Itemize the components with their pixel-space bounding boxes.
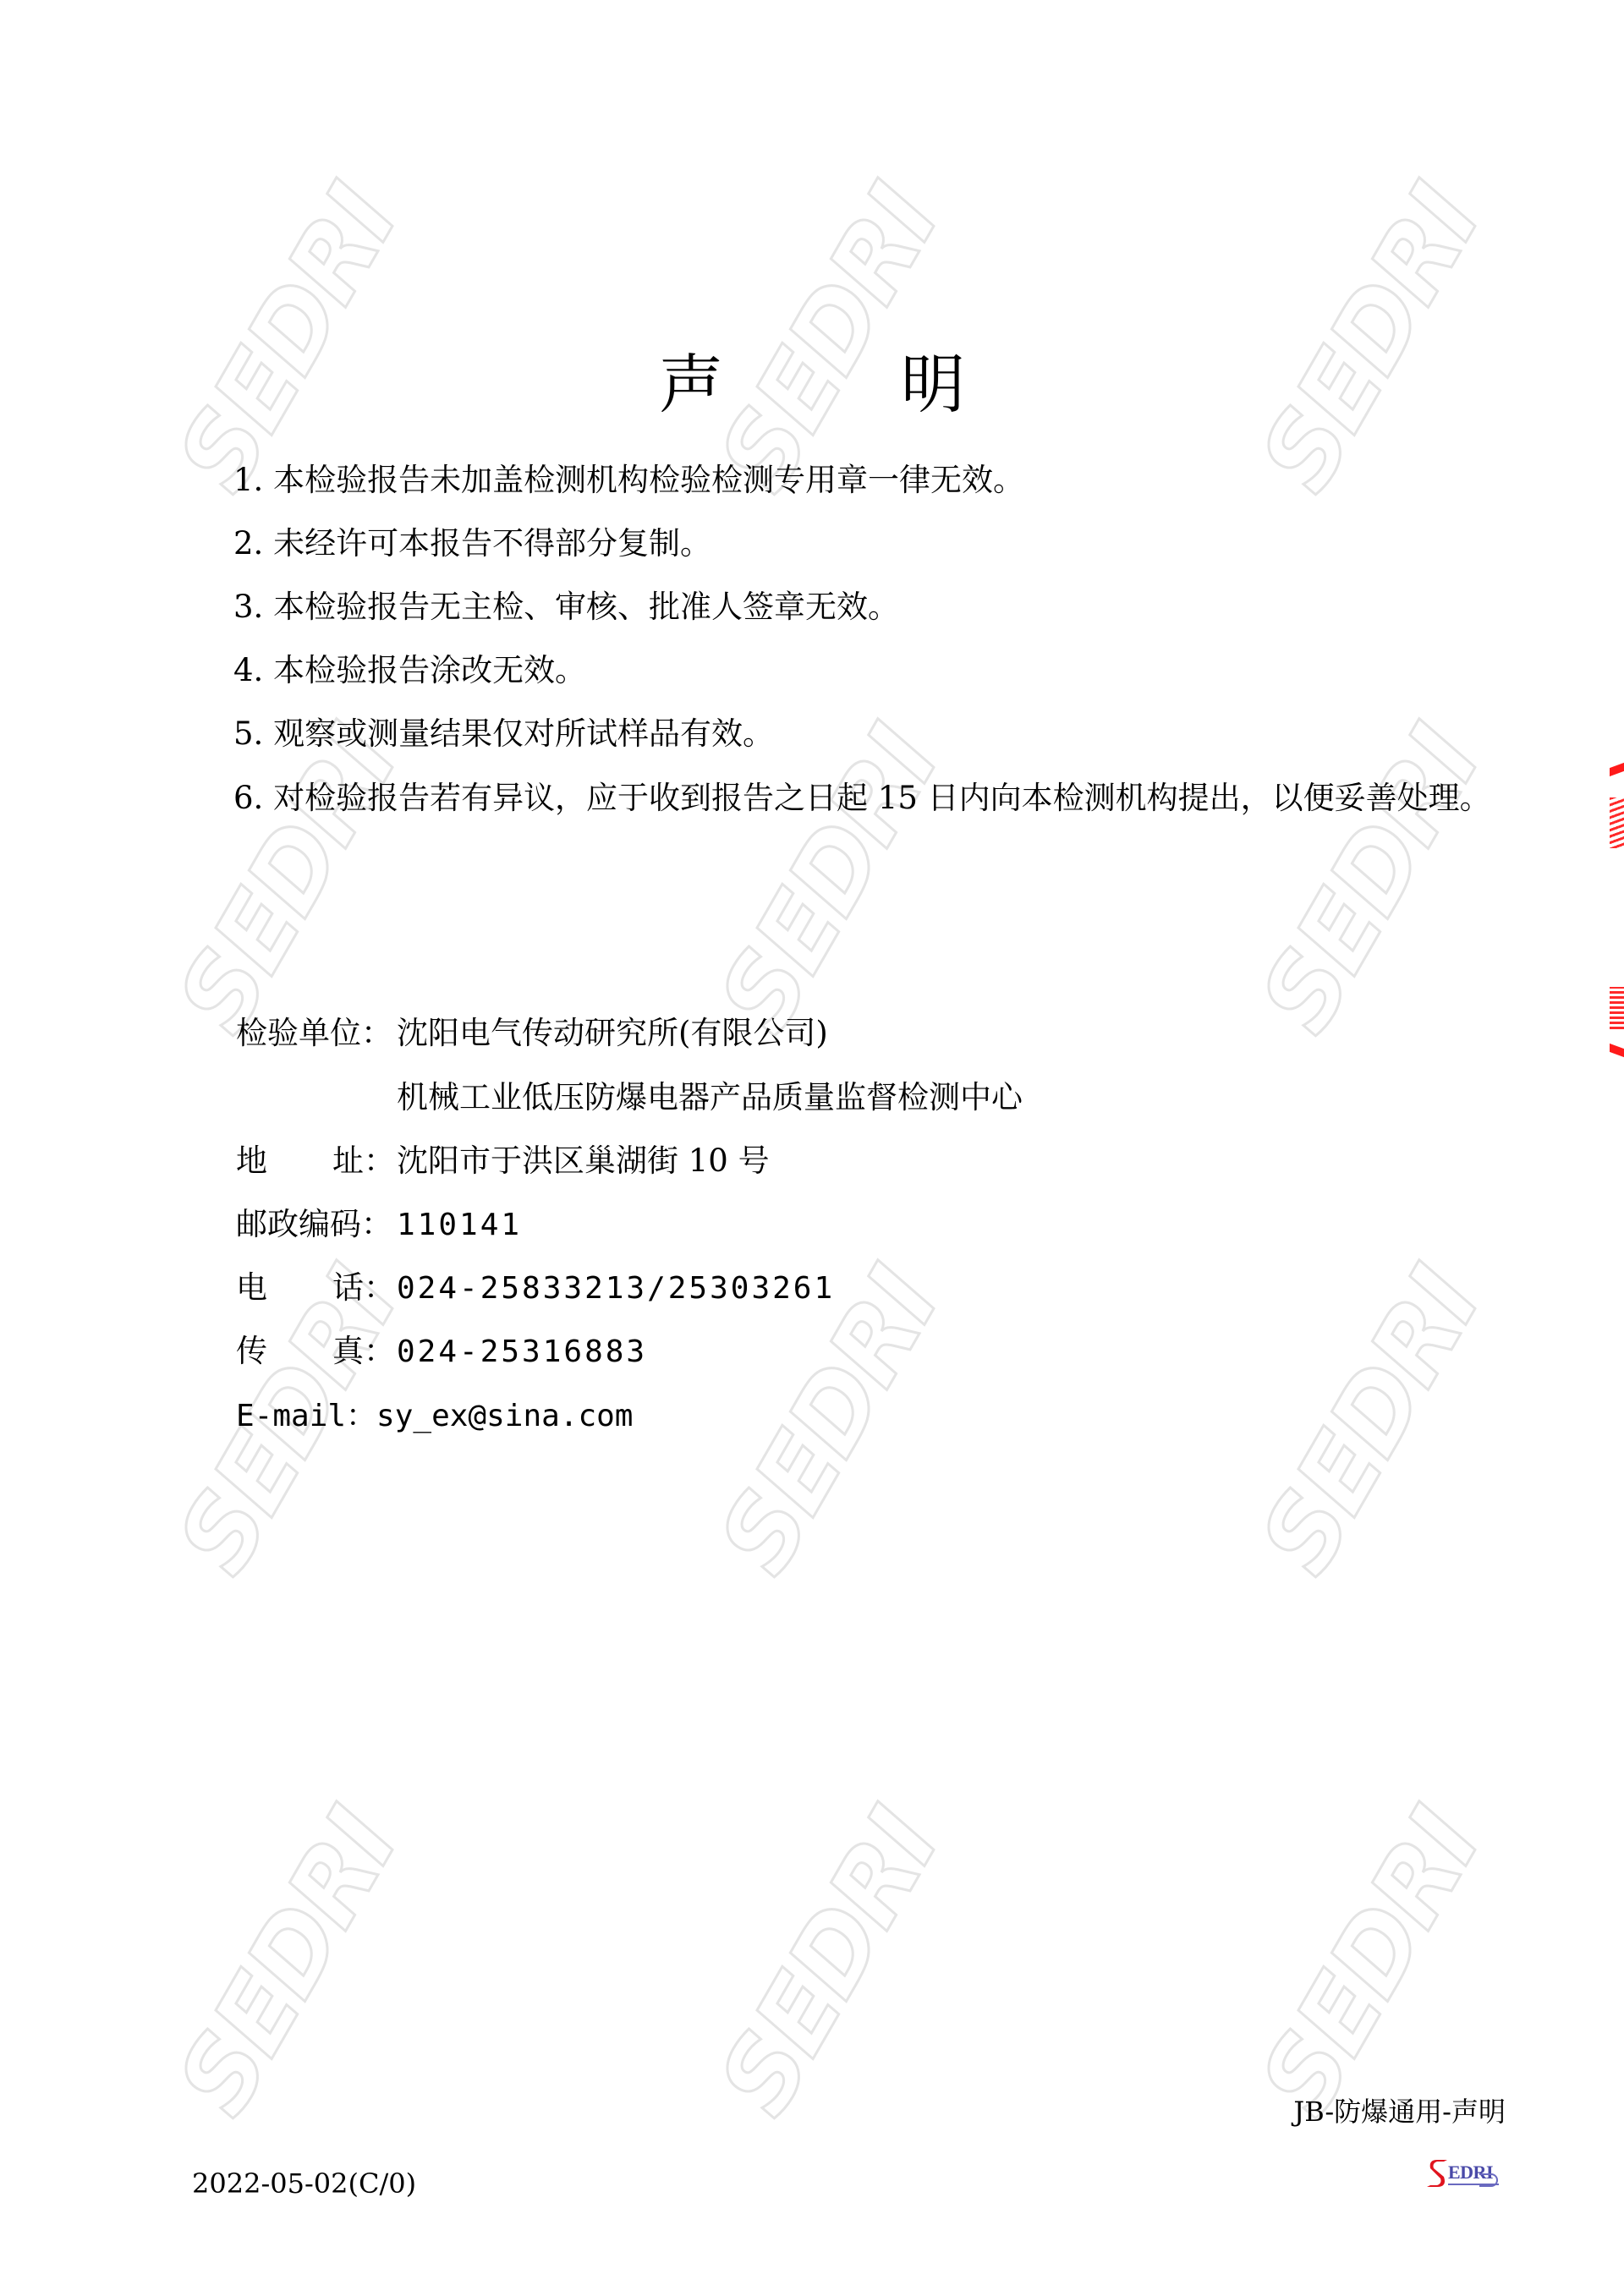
email-label: E-mail：: [236, 1399, 376, 1433]
red-seal-fragment: [1607, 765, 1624, 1061]
sedri-logo: EDRI: [1425, 2158, 1510, 2189]
sedri-watermark: SEDRI: [696, 1783, 962, 2141]
postcode-value: 110141: [397, 1203, 522, 1247]
document-code: JB-防爆通用-声明: [1293, 2093, 1506, 2130]
fax-value: 024-25316883: [397, 1330, 647, 1374]
phone-value: 024-25833213/25303261: [397, 1267, 835, 1311]
inspection-center-name: 机械工业低压防爆电器产品质量监督检测中心: [397, 1076, 1023, 1120]
title-char-2: 明: [901, 338, 965, 431]
fax-row: 传真：024-25316883: [236, 1329, 647, 1374]
inspection-unit-row-2: 机械工业低压防爆电器产品质量监督检测中心: [236, 1076, 1023, 1120]
inspection-unit-label: 检验单位：: [236, 1011, 397, 1055]
clause-5: 5. 观察或测量结果仅对所试样品有效。: [233, 712, 774, 756]
clause-4: 4. 本检验报告涂改无效。: [233, 649, 586, 693]
logo-s-mark-icon: [1425, 2158, 1449, 2189]
email-row: E-mail：sy_ex@sina.com: [236, 1394, 633, 1438]
postcode-row: 邮政编码：110141: [236, 1203, 522, 1247]
inspection-unit-name: 沈阳电气传动研究所(有限公司): [397, 1011, 828, 1055]
address-value: 沈阳市于洪区巢湖街 10 号: [397, 1139, 770, 1183]
address-label-a: 地: [236, 1139, 332, 1183]
sedri-watermark: SEDRI: [1237, 1783, 1503, 2141]
phone-label-a: 电: [236, 1266, 332, 1310]
clause-6: 6. 对检验报告若有异议，应于收到报告之日起 15 日内向本检测机构提出，以便妥…: [233, 776, 1491, 820]
sedri-watermark: SEDRI: [155, 1783, 420, 2141]
revision-date: 2022-05-02(C/0): [192, 2165, 416, 2202]
address-label-b: 址：: [332, 1143, 395, 1179]
fax-label-a: 传: [236, 1329, 332, 1373]
clause-1: 1. 本检验报告未加盖检测机构检验检测专用章一律无效。: [233, 458, 1024, 502]
inspection-unit-row: 检验单位：沈阳电气传动研究所(有限公司): [236, 1011, 828, 1055]
address-row: 地址：沈阳市于洪区巢湖街 10 号: [236, 1139, 770, 1183]
fax-label-b: 真：: [332, 1333, 395, 1369]
clause-3: 3. 本检验报告无主检、审核、批准人签章无效。: [233, 585, 899, 629]
phone-label-b: 话：: [332, 1269, 395, 1306]
email-value[interactable]: sy_ex@sina.com: [376, 1395, 633, 1438]
clause-2: 2. 未经许可本报告不得部分复制。: [233, 522, 711, 566]
postcode-label: 邮政编码：: [236, 1203, 397, 1247]
sedri-watermark: SEDRI: [1237, 700, 1503, 1059]
page-title: 声明: [0, 338, 1624, 431]
title-char-1: 声: [659, 338, 723, 431]
document-page: SEDRISEDRISEDRISEDRISEDRISEDRISEDRISEDRI…: [0, 0, 1624, 2296]
sedri-watermark: SEDRI: [1237, 1241, 1503, 1600]
phone-row: 电话：024-25833213/25303261: [236, 1266, 835, 1311]
